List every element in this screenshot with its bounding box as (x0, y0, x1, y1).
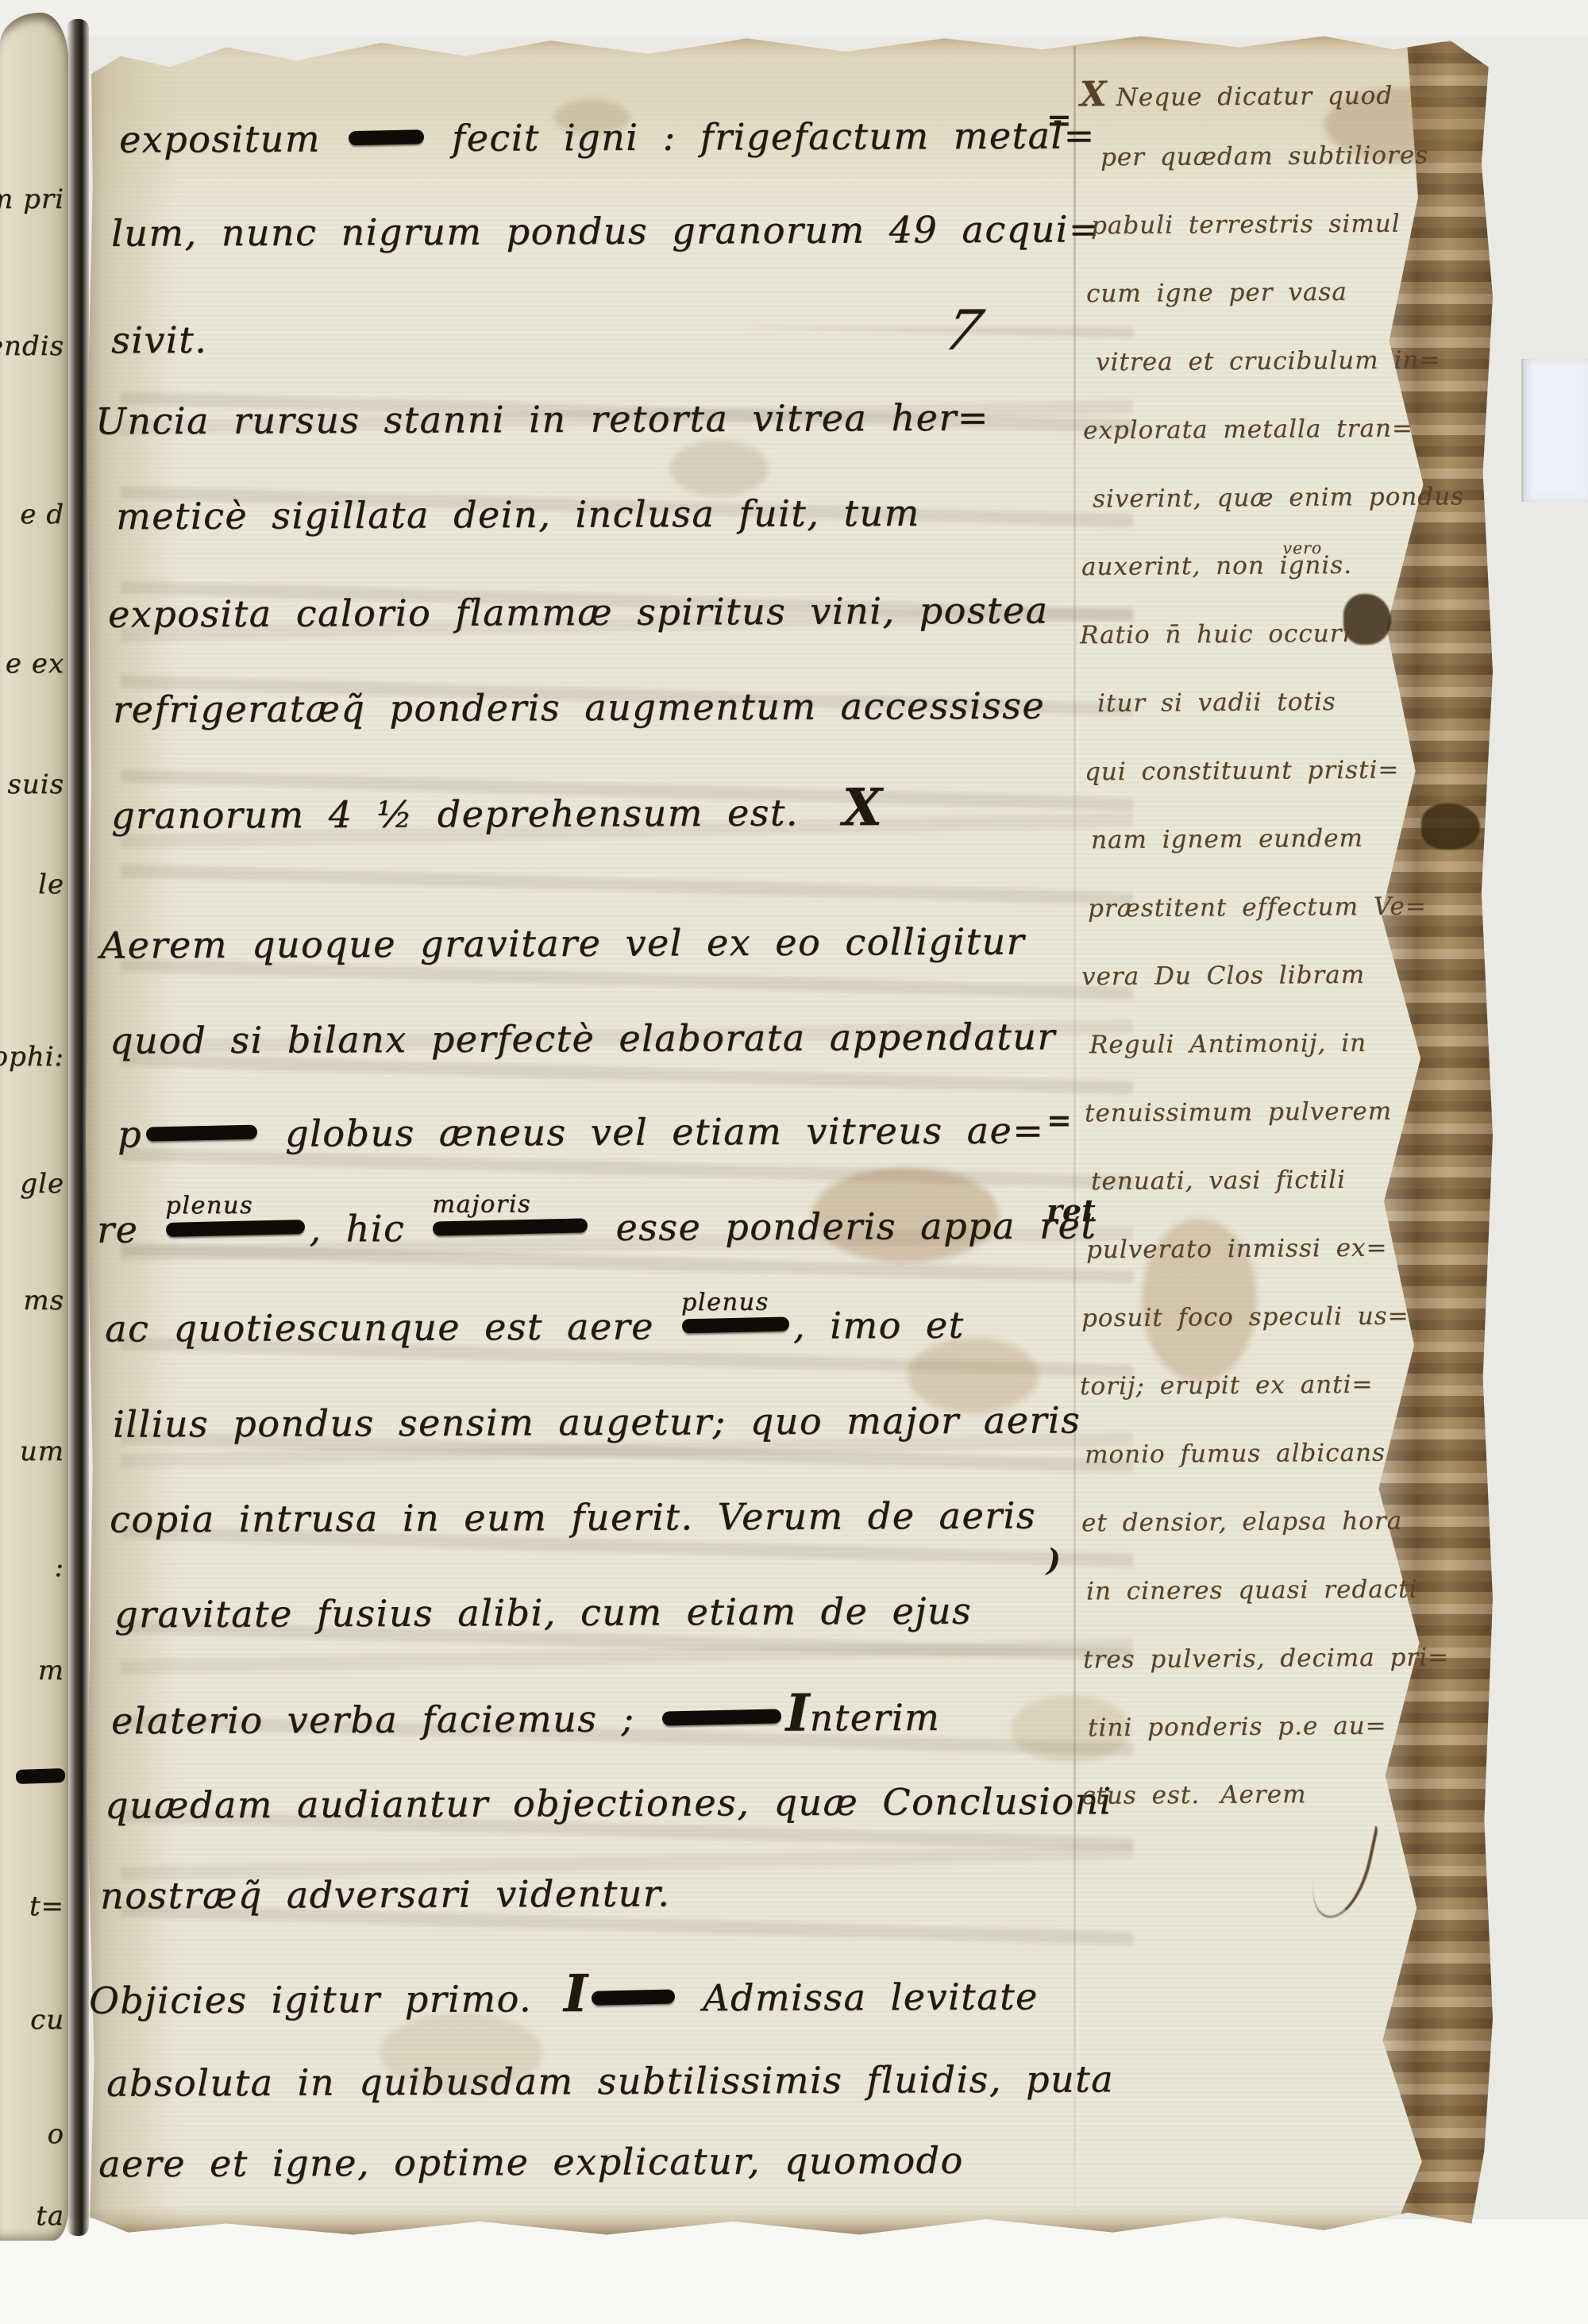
paper-stain (1324, 87, 1487, 163)
binding-gutter-shadow (67, 19, 89, 2236)
paper-stain (812, 1167, 999, 1262)
facing-page-sliver: m prihendise de exsuisleophi:glemsum:mt=… (0, 13, 68, 2241)
ink-blob-edge (1343, 594, 1391, 645)
calibration-tab (1521, 359, 1588, 502)
paper-stain (1142, 1219, 1257, 1382)
manuscript-scan: { "scan": { "description_colors": { "mai… (0, 0, 1588, 2324)
facing-page-text-fragment: um (20, 1436, 64, 1467)
facing-page-text-fragment: ophi: (0, 1041, 64, 1073)
deckle-page-edges (1362, 32, 1493, 2239)
manuscript-page (86, 32, 1493, 2239)
scan-background-top (0, 0, 1588, 37)
scan-background-bottom (0, 2219, 1588, 2324)
facing-page-text-fragment: o (48, 2118, 64, 2150)
paper-stain (669, 441, 769, 496)
ink-blob-edge (1421, 804, 1480, 850)
facing-page-text-fragment: ta (36, 2200, 64, 2232)
facing-page-text-fragment: t= (29, 1890, 64, 1922)
facing-page-text-fragment: m (38, 1655, 64, 1686)
paper-stain (554, 99, 630, 135)
facing-page-text-fragment: ms (23, 1285, 64, 1316)
facing-page-text-fragment: hendis (0, 330, 64, 362)
obliterated-word (16, 1768, 66, 1784)
facing-page-text-fragment: m pri (0, 183, 64, 215)
facing-page-text-fragment: le (38, 869, 64, 900)
facing-page-text-fragment: cu (30, 2004, 64, 2036)
facing-page-text-fragment: e ex (6, 648, 64, 680)
facing-page-text-fragment: gle (20, 1168, 64, 1200)
facing-page-text-fragment: : (55, 1551, 64, 1583)
paper-stain (1011, 1695, 1130, 1763)
paper-stain (908, 1338, 1039, 1413)
facing-page-text-fragment: e d (20, 499, 64, 530)
paper-stain (380, 2013, 542, 2092)
ink-showthrough (121, 327, 1133, 1971)
facing-page-text-fragment: suis (7, 769, 64, 800)
